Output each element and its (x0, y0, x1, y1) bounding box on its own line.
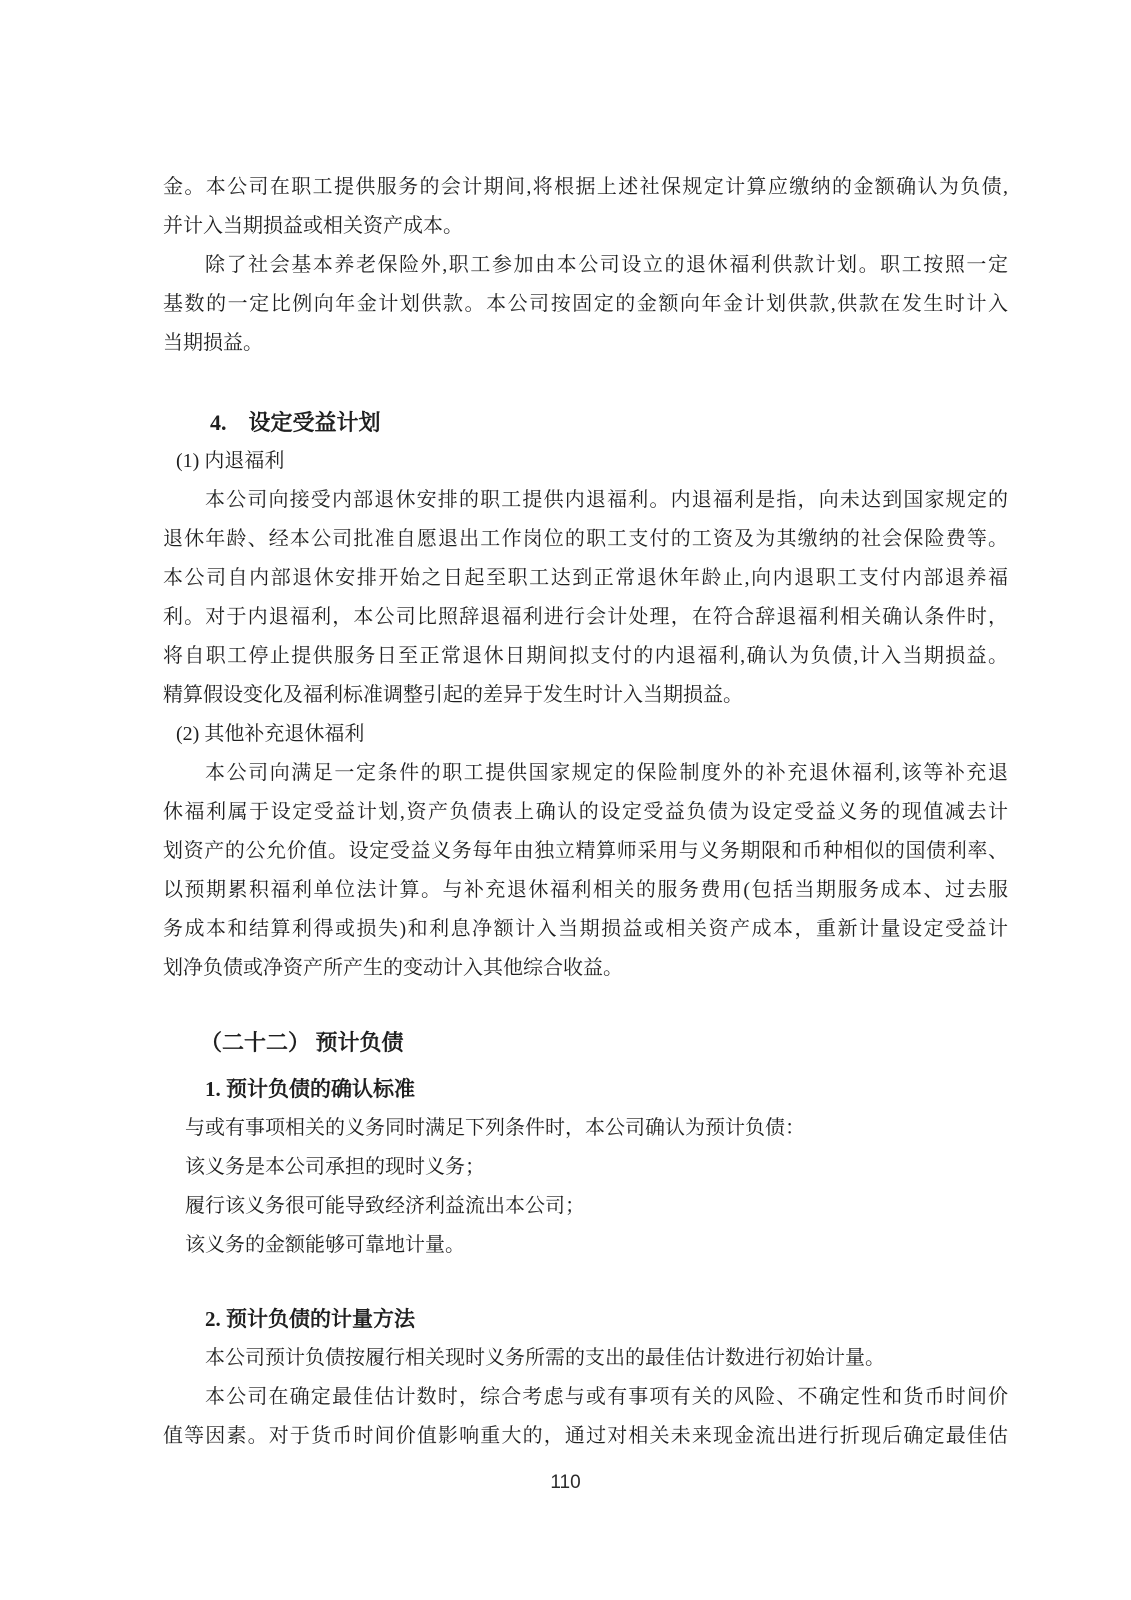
condition-line: 该义务是本公司承担的现时义务； (163, 1148, 1008, 1187)
paragraph: 本公司向满足一定条件的职工提供国家规定的保险制度外的补充退休福利,该等补充退 休… (163, 754, 1008, 988)
section-heading-provisions: （二十二） 预计负债 (163, 1023, 1008, 1062)
text-line: 本公司向满足一定条件的职工提供国家规定的保险制度外的补充退休福利,该等补充退 (163, 754, 1008, 793)
condition-line: 该义务的金额能够可靠地计量。 (163, 1226, 1008, 1265)
text-line: 本公司在确定最佳估计数时，综合考虑与或有事项有关的风险、不确定性和货币时间价 (163, 1378, 1008, 1417)
text-line: 退休年龄、经本公司批准自愿退出工作岗位的职工支付的工资及为其缴纳的社会保险费等。 (163, 520, 1008, 559)
document-body: 金。本公司在职工提供服务的会计期间,将根据上述社保规定计算应缴纳的金额确认为负债… (163, 168, 1008, 1456)
document-page: 金。本公司在职工提供服务的会计期间,将根据上述社保规定计算应缴纳的金额确认为负债… (0, 0, 1131, 1600)
text-line: 除了社会基本养老保险外,职工参加由本公司设立的退休福利供款计划。职工按照一定 (163, 246, 1008, 285)
text-line: 值等因素。对于货币时间价值影响重大的，通过对相关未来现金流出进行折现后确定最佳估 (163, 1417, 1008, 1456)
text-line: 当期损益。 (163, 324, 1008, 363)
text-line: 务成本和结算利得或损失)和利息净额计入当期损益或相关资产成本，重新计量设定受益计 (163, 910, 1008, 949)
text-line: 将自职工停止提供服务日至正常退休日期间拟支付的内退福利,确认为负债,计入当期损益… (163, 637, 1008, 676)
sub-item-title: (1) 内退福利 (163, 442, 1008, 481)
text-line: 划净负债或净资产所产生的变动计入其他综合收益。 (163, 949, 1008, 988)
paragraph: 本公司向接受内部退休安排的职工提供内退福利。内退福利是指，向未达到国家规定的 退… (163, 481, 1008, 715)
subsection-heading-recognition: 1. 预计负债的确认标准 (163, 1070, 1008, 1109)
section-heading-benefit-plan: 4. 设定受益计划 (163, 403, 1008, 442)
text-line: 本公司预计负债按履行相关现时义务所需的支出的最佳估计数进行初始计量。 (163, 1339, 1008, 1378)
text-line: 与或有事项相关的义务同时满足下列条件时，本公司确认为预计负债： (163, 1109, 1008, 1148)
text-line: 本公司向接受内部退休安排的职工提供内退福利。内退福利是指，向未达到国家规定的 (163, 481, 1008, 520)
text-line: 本公司自内部退休安排开始之日起至职工达到正常退休年龄止,向内退职工支付内部退养福 (163, 559, 1008, 598)
text-line: 基数的一定比例向年金计划供款。本公司按固定的金额向年金计划供款,供款在发生时计入 (163, 285, 1008, 324)
text-line: 利。对于内退福利，本公司比照辞退福利进行会计处理，在符合辞退福利相关确认条件时， (163, 598, 1008, 637)
text-line: 金。本公司在职工提供服务的会计期间,将根据上述社保规定计算应缴纳的金额确认为负债… (163, 168, 1008, 207)
paragraph: 本公司预计负债按履行相关现时义务所需的支出的最佳估计数进行初始计量。 (163, 1339, 1008, 1378)
condition-line: 履行该义务很可能导致经济利益流出本公司； (163, 1187, 1008, 1226)
paragraph: 金。本公司在职工提供服务的会计期间,将根据上述社保规定计算应缴纳的金额确认为负债… (163, 168, 1008, 246)
text-line: 并计入当期损益或相关资产成本。 (163, 207, 1008, 246)
paragraph: 本公司在确定最佳估计数时，综合考虑与或有事项有关的风险、不确定性和货币时间价 值… (163, 1378, 1008, 1456)
text-line: 以预期累积福利单位法计算。与补充退休福利相关的服务费用(包括当期服务成本、过去服 (163, 871, 1008, 910)
text-line: 精算假设变化及福利标准调整引起的差异于发生时计入当期损益。 (163, 676, 1008, 715)
sub-item-title: (2) 其他补充退休福利 (163, 715, 1008, 754)
paragraph: 除了社会基本养老保险外,职工参加由本公司设立的退休福利供款计划。职工按照一定 基… (163, 246, 1008, 363)
subsection-heading-measurement: 2. 预计负债的计量方法 (163, 1300, 1008, 1339)
page-number: 110 (0, 1472, 1131, 1494)
text-line: 休福利属于设定受益计划,资产负债表上确认的设定受益负债为设定受益义务的现值减去计 (163, 793, 1008, 832)
text-line: 划资产的公允价值。设定受益义务每年由独立精算师采用与义务期限和币种相似的国债利率… (163, 832, 1008, 871)
